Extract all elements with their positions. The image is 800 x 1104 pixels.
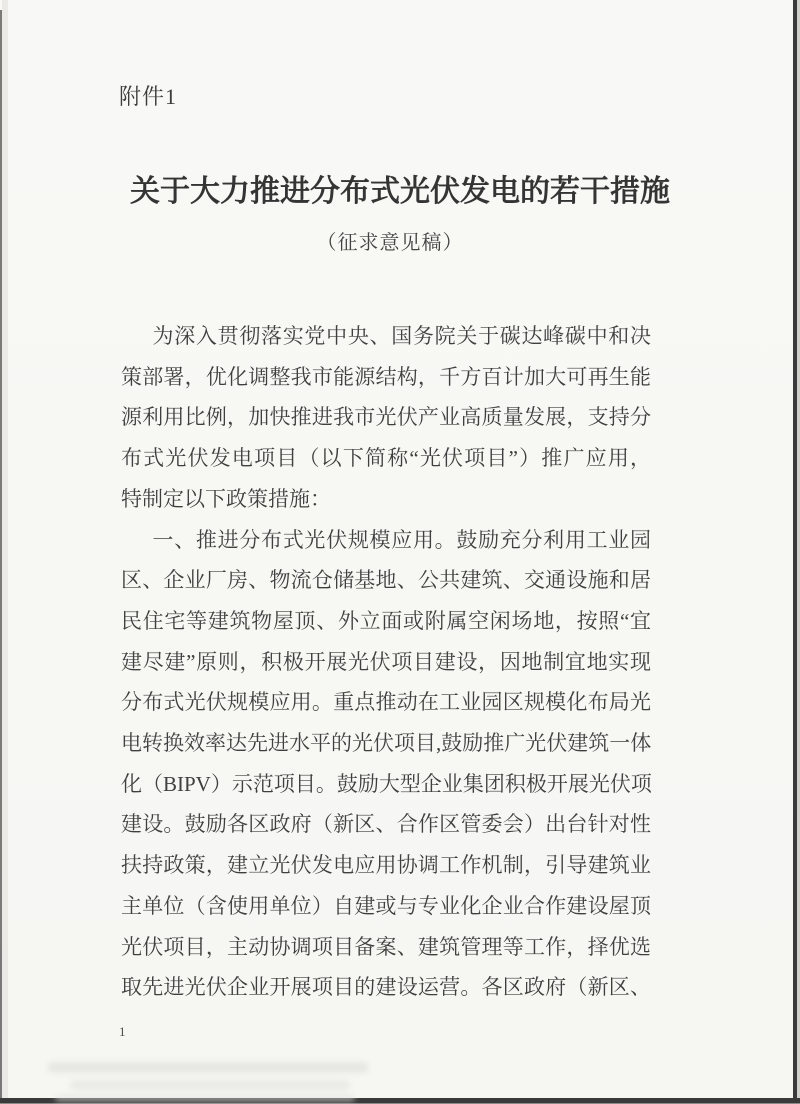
- body-line: 扶持政策，建立光伏发电应用协调工作机制，引导建筑业: [121, 845, 651, 886]
- body-line: 电转换效率达先进水平的光伏项目,鼓励推广光伏建筑一体: [121, 723, 651, 764]
- body-line: 民住宅等建筑物屋顶、外立面或附属空闲场地，按照“宜: [121, 601, 651, 642]
- body-line-section-heading: 一、推进分布式光伏规模应用。鼓励充分利用工业园: [121, 520, 651, 561]
- body-line: 源利用比例，加快推进我市光伏产业高质量发展，支持分: [121, 397, 651, 438]
- body-line: 取先进光伏企业开展项目的建设运营。各区政府（新区、: [121, 967, 651, 1008]
- scanned-document-page: 附件1 关于大力推进分布式光伏发电的若干措施 （征求意见稿） 为深入贯彻落实党中…: [0, 0, 800, 1104]
- document-body: 为深入贯彻落实党中央、国务院关于碳达峰碳中和决 策部署，优化调整我市能源结构，千…: [121, 316, 651, 1008]
- document-title: 关于大力推进分布式光伏发电的若干措施: [0, 166, 800, 210]
- bleed-through-text: [55, 1094, 355, 1102]
- bleed-through-text: [48, 1062, 368, 1073]
- body-line: 建设。鼓励各区政府（新区、合作区管委会）出台针对性: [121, 804, 651, 845]
- body-line: 建尽建”原则，积极开展光伏项目建设，因地制宜地实现: [121, 642, 651, 683]
- body-line: 光伏项目，主动协调项目备案、建筑管理等工作，择优选: [121, 927, 651, 968]
- body-line: 区、企业厂房、物流仓储基地、公共建筑、交通设施和居: [121, 560, 651, 601]
- page-number: 1: [119, 1024, 126, 1040]
- body-line: 分布式光伏规模应用。重点推动在工业园区规模化布局光: [121, 682, 651, 723]
- body-line: 主单位（含使用单位）自建或与专业化企业合作建设屋顶: [121, 886, 651, 927]
- bleed-through-text: [70, 1080, 350, 1090]
- body-line: 布式光伏发电项目（以下简称“光伏项目”）推广应用，: [121, 438, 651, 479]
- body-line: 策部署，优化调整我市能源结构，千方百计加大可再生能: [121, 357, 651, 398]
- body-line: 化（BIPV）示范项目。鼓励大型企业集团积极开展光伏项目: [121, 764, 651, 805]
- attachment-label: 附件1: [119, 80, 177, 111]
- body-line: 特制定以下政策措施：: [121, 479, 651, 520]
- body-line: 为深入贯彻落实党中央、国务院关于碳达峰碳中和决: [121, 316, 651, 357]
- document-subtitle: （征求意见稿）: [0, 226, 780, 255]
